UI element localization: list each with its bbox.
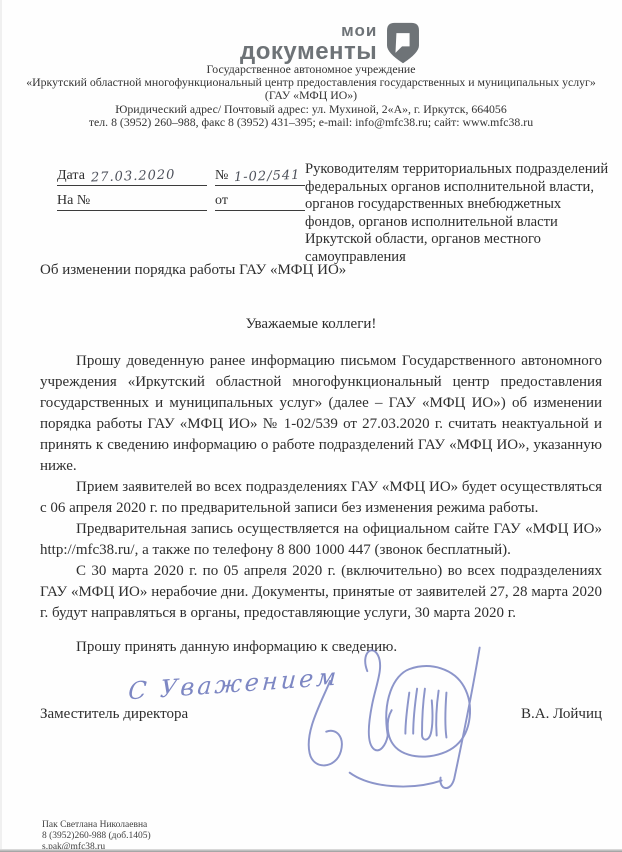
logo-wordmark: мои документы xyxy=(240,22,377,64)
from-field: от xyxy=(215,186,305,211)
reference-block: Дата 27.03.2020 № 1-02/541 На № от xyxy=(57,161,305,211)
reference-row-2: На № от xyxy=(57,186,305,211)
reference-row-1: Дата 27.03.2020 № 1-02/541 xyxy=(57,161,305,186)
scanned-letter-page: мои документы Государственное автономное… xyxy=(0,0,622,852)
number-handwritten-value: 1-02/541 xyxy=(234,168,301,185)
signature-row: Заместитель директора В.А. Лойчиц xyxy=(40,706,602,723)
date-field: Дата 27.03.2020 xyxy=(57,161,207,186)
org-contacts: тел. 8 (3952) 260–988, факс 8 (3952) 431… xyxy=(20,116,602,129)
paragraph-3: Предварительная запись осуществляется на… xyxy=(40,519,602,561)
number-label: № xyxy=(215,168,228,184)
executor-phone: 8 (3952)260-988 (доб.1405) xyxy=(42,831,151,842)
signer-name: В.А. Лойчиц xyxy=(521,706,602,723)
signer-position: Заместитель директора xyxy=(40,706,188,723)
on-number-label: На № xyxy=(57,193,90,209)
paragraph-4: С 30 марта 2020 г. по 05 апреля 2020 г. … xyxy=(40,561,602,624)
letter-body: Прошу доведенную ранее информацию письмо… xyxy=(40,351,602,658)
executor-name: Пак Светлана Николаевна xyxy=(42,820,151,831)
date-label: Дата xyxy=(57,168,85,184)
paragraph-1: Прошу доведенную ранее информацию письмо… xyxy=(40,351,602,477)
executor-contacts: Пак Светлана Николаевна 8 (3952)260-988 … xyxy=(42,820,151,852)
salutation: Уважаемые коллеги! xyxy=(0,316,622,333)
from-label: от xyxy=(215,193,228,209)
org-address: Юридический адрес/ Почтовый адрес: ул. М… xyxy=(20,103,602,116)
paragraph-2: Прием заявителей во всех подразделениях … xyxy=(40,477,602,519)
logo-word-dokumenty: документы xyxy=(240,40,377,64)
addressee-block: Руководителям территориальных подразделе… xyxy=(305,161,609,267)
number-field: № 1-02/541 xyxy=(215,161,305,186)
logo-word-moi: мои xyxy=(341,22,377,39)
date-handwritten-value: 27.03.2020 xyxy=(91,168,176,186)
scan-edge-left xyxy=(0,0,2,852)
org-short-name: (ГАУ «МФЦ ИО») xyxy=(20,89,602,102)
on-number-field: На № xyxy=(57,186,207,211)
subject-line: Об изменении порядка работы ГАУ «МФЦ ИО» xyxy=(40,260,385,280)
org-header: Государственное автономное учреждение «И… xyxy=(20,63,602,129)
